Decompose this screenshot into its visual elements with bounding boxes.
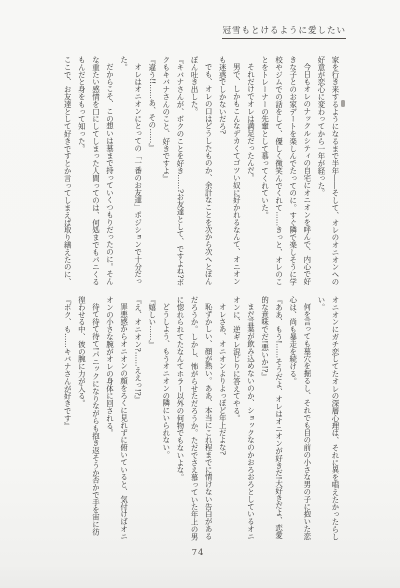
paragraph: 『嬉しい……』 bbox=[145, 296, 159, 543]
paragraph: 今日もオレのナックルシティの自宅にオニオンを呼んで、内心で好きな子とのお家デート… bbox=[257, 56, 313, 292]
paragraph: でも、オレの口はどうしたものか、余計なことを次から次へとぽんぽん吐き出した。 bbox=[187, 56, 215, 292]
text-band-upper: 家を行き来するようになるまで半年――そして、オレのオニオンへの好意が恋心に変わっ… bbox=[58, 56, 342, 292]
paragraph: オニオンにガチ恋してたオレの深層心理は、それに異を唱えたかったらしい。 bbox=[314, 296, 342, 543]
paragraph: 『違う!!……あ、その……』 bbox=[145, 56, 159, 292]
paragraph: 『キバナさんが、ボクのことを好き……?お友達として、ですよね?ボクもキバナさんの… bbox=[159, 56, 187, 292]
paragraph: それだけでオレは満足だったんだ。 bbox=[243, 56, 257, 292]
paragraph: 待て待て待て!パニックになりながらも抱き返そうか否かで手を宙に彷徨わせる中、彼の… bbox=[74, 296, 102, 543]
paragraph: どうしよう、もうオニオンの隣にいられない。 bbox=[159, 296, 173, 543]
paragraph: 家を行き来するようになるまで半年――そして、オレのオニオンへの好意が恋心に変わっ… bbox=[314, 56, 342, 292]
paragraph: まだ言葉が飲み込めないのか、ショックなのかおろおろとしているオニオンに、逆ギレ混… bbox=[229, 296, 257, 543]
scan-speck-artifact bbox=[341, 100, 345, 107]
paragraph: 何を言っても墓穴を掘るし、それでも目の前の小さな男の子に抱いた恋心は、尚も暴走を… bbox=[286, 296, 314, 543]
paragraph: 恥ずかしい、顔が熱い。ああ、本当にこれ程までに情けない告白があるだろうか。しかし… bbox=[173, 296, 215, 543]
paragraph: だからこそ、この想いは墓まで持っていくつもりだったのに。そんな重たい感情を口にし… bbox=[74, 56, 116, 292]
paragraph: オレはオニオンにとっての「一番のお友達」ポジションで十分だった。 bbox=[117, 56, 145, 292]
book-page: 冠雪もとけるように愛したい 家を行き来するようになるまで半年――そして、オレのオ… bbox=[0, 0, 400, 588]
paragraph: 『え、オニオン?……ええっ!?』 bbox=[131, 296, 145, 543]
paragraph: オレさあ、オニオンよりよっぽど年上だよな? bbox=[215, 296, 229, 543]
running-header-title: 冠雪もとけるように愛したい bbox=[222, 26, 346, 39]
paragraph: 『ボク、も……キバナさんが好きです』 bbox=[60, 296, 74, 543]
paragraph: ここで、お友達として好きですとか言ってしまえば取り繕えたのに、 bbox=[60, 56, 74, 292]
page-number: 74 bbox=[0, 548, 396, 558]
paragraph: 男で、しかもこんなデカくてゴツい奴に好かれるなんて、オニオンも迷惑でしかないだろ… bbox=[215, 56, 243, 292]
text-band-lower: オニオンにガチ恋してたオレの深層心理は、それに異を唱えたかったらしい。何を言って… bbox=[58, 296, 342, 543]
paragraph: 罪悪感からオニオンの顔をろくに見れずに俯いていると、気付けばオニオンの小さな腕が… bbox=[102, 296, 130, 543]
paragraph: 『ああ、もう!……そうだよ、オレはオニオンが好きだ!大好きだよ、恋愛的な意味でだ… bbox=[257, 296, 285, 543]
